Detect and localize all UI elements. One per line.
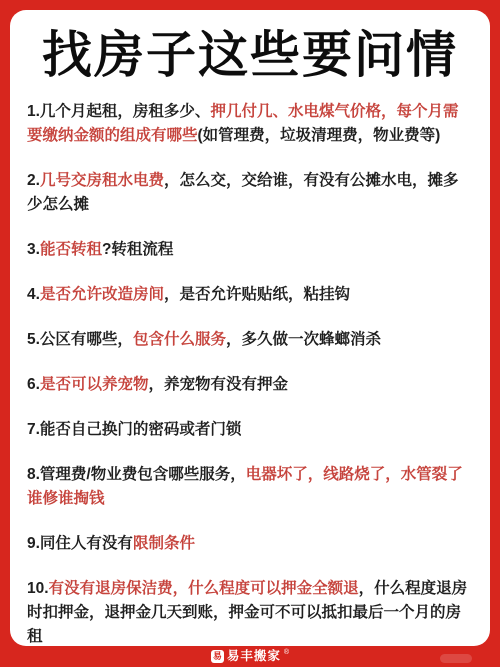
plain-text: 4. [27,286,40,303]
highlight-text: 几号交房租水电费 [40,172,164,189]
question-list: 1.几个月起租，房租多少、押几付几、水电煤气价格，每个月需要缴纳金额的组成有哪些… [27,100,473,646]
plain-text: 2. [27,172,40,189]
list-item: 5.公区有哪些，包含什么服务，多久做一次蜂螂消杀 [27,328,473,352]
list-item: 3.能否转租?转租流程 [27,238,473,262]
trademark-symbol: ® [284,649,289,656]
content-card: 找房子这些要问情 1.几个月起租，房租多少、押几付几、水电煤气价格，每个月需要缴… [10,10,490,646]
watermark-pill [440,654,472,663]
page-title: 找房子这些要问情 [27,24,473,86]
highlight-text: 有没有退房保洁费，什么程度可以押金全额退 [49,580,359,597]
list-item: 4.是否允许改造房间，是否允许贴贴纸，粘挂钩 [27,283,473,307]
plain-text: 8.管理费/物业费包含哪些服务， [27,466,246,483]
list-item: 2.几号交房租水电费，怎么交，交给谁，有没有公摊水电，摊多少怎么摊 [27,169,473,217]
highlight-text: 限制条件 [133,535,195,552]
list-item: 6.是否可以养宠物，养宠物有没有押金 [27,373,473,397]
poster: 找房子这些要问情 1.几个月起租，房租多少、押几付几、水电煤气价格，每个月需要缴… [0,0,500,667]
plain-text: 9.同住人有没有 [27,535,133,552]
footer-brand: 易 易丰搬家 ® [0,648,500,665]
list-item: 8.管理费/物业费包含哪些服务，电器坏了，线路烧了，水管裂了谁修谁掏钱 [27,463,473,511]
list-item: 1.几个月起租，房租多少、押几付几、水电煤气价格，每个月需要缴纳金额的组成有哪些… [27,100,473,148]
plain-text: 10. [27,580,49,597]
plain-text: 6. [27,376,40,393]
plain-text: ，多久做一次蜂螂消杀 [226,331,381,348]
list-item: 9.同住人有没有限制条件 [27,532,473,556]
plain-text: 7.能否自己换门的密码或者门锁 [27,421,241,438]
logo-glyph: 易 [213,652,222,661]
plain-text: ?转租流程 [102,241,173,258]
plain-text: ，养宠物有没有押金 [148,376,288,393]
list-item: 10.有没有退房保洁费，什么程度可以押金全额退，什么程度退房时扣押金，退押金几天… [27,577,473,646]
list-item: 7.能否自己换门的密码或者门锁 [27,418,473,442]
plain-text: 5.公区有哪些， [27,331,133,348]
yifeng-logo-icon: 易 [211,650,224,663]
brand-name: 易丰搬家 [227,650,281,663]
plain-text: (如管理费，垃圾清理费，物业费等) [198,127,441,144]
highlight-text: 是否允许改造房间 [40,286,164,303]
highlight-text: 是否可以养宠物 [40,376,149,393]
highlight-text: 包含什么服务 [133,331,226,348]
plain-text: 3. [27,241,40,258]
highlight-text: 能否转租 [40,241,102,258]
plain-text: 1.几个月起租，房租多少、 [27,103,210,120]
plain-text: ，是否允许贴贴纸，粘挂钩 [164,286,350,303]
